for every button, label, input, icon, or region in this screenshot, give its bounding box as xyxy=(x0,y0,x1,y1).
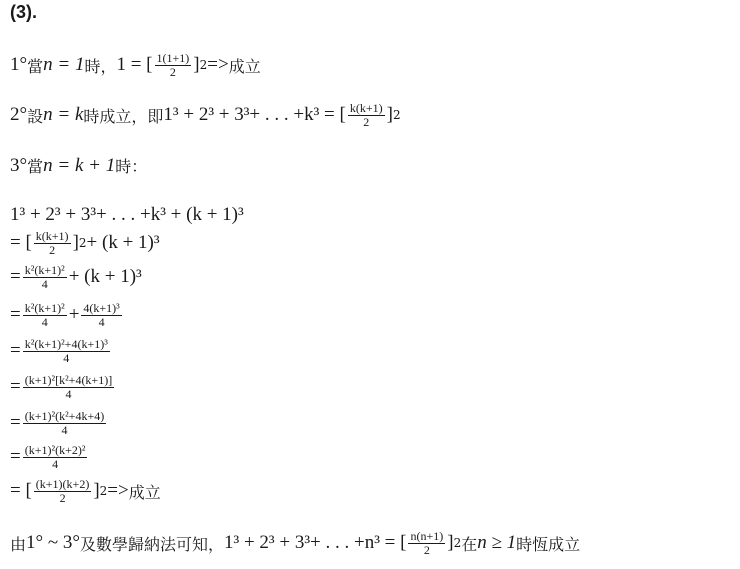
fraction: 1(1+1) 2 xyxy=(155,52,192,78)
fraction: k(k+1)2 xyxy=(34,230,71,256)
step-2: 2° 設 n = k 時成立，即 1³ + 2³ + 3³+ . . . +k³… xyxy=(10,102,401,128)
fraction: 4(k+1)³4 xyxy=(81,302,121,328)
fraction: (k+1)²[k²+4(k+1)]4 xyxy=(23,374,114,400)
step-1-text: 時， xyxy=(84,54,116,77)
derivation-line-1: = [ k(k+1)2 ]2 + (k + 1)³ xyxy=(10,230,160,256)
fraction: k²(k+1)²4 xyxy=(23,264,67,290)
fraction: k²(k+1)²4 xyxy=(23,302,67,328)
fraction: (k+1)(k+2)2 xyxy=(34,478,92,504)
derivation-line-3: = k²(k+1)²4 + 4(k+1)³4 xyxy=(10,302,124,328)
derivation-line-6: = (k+1)²(k²+4k+4)4 xyxy=(10,410,108,436)
conclusion: 由 1° ~ 3° 及數學歸納法可知， 1³ + 2³ + 3³+ . . . … xyxy=(10,530,580,556)
derivation-line-0: 1³ + 2³ + 3³+ . . . +k³ + (k + 1)³ xyxy=(10,204,244,226)
fraction: k²(k+1)²+4(k+1)³4 xyxy=(23,338,110,364)
step-1-prefix: 1° xyxy=(10,54,27,76)
problem-heading: (3). xyxy=(10,2,37,23)
fraction: n(n+1)2 xyxy=(408,530,445,556)
step-3: 3° 當 n = k + 1 時： xyxy=(10,154,147,177)
step-1: 1° 當 n = 1 時， 1 = [ 1(1+1) 2 ]2 => 成立 xyxy=(10,52,261,78)
derivation-line-5: = (k+1)²[k²+4(k+1)]4 xyxy=(10,374,116,400)
step-1-text: 當 xyxy=(27,54,43,77)
step-1-math: 1 = [ xyxy=(116,54,152,76)
derivation-line-2: = k²(k+1)²4 + (k + 1)³ xyxy=(10,264,142,290)
fraction: (k+1)²(k+2)²4 xyxy=(23,444,88,470)
derivation-line-4: = k²(k+1)²+4(k+1)³4 xyxy=(10,338,112,364)
fraction: k(k+1) 2 xyxy=(348,102,385,128)
fraction: (k+1)²(k²+4k+4)4 xyxy=(23,410,106,436)
derivation-line-7: = (k+1)²(k+2)²4 xyxy=(10,444,89,470)
derivation-line-8: = [ (k+1)(k+2)2 ]2 => 成立 xyxy=(10,478,161,504)
step-1-math: n = 1 xyxy=(43,54,84,76)
